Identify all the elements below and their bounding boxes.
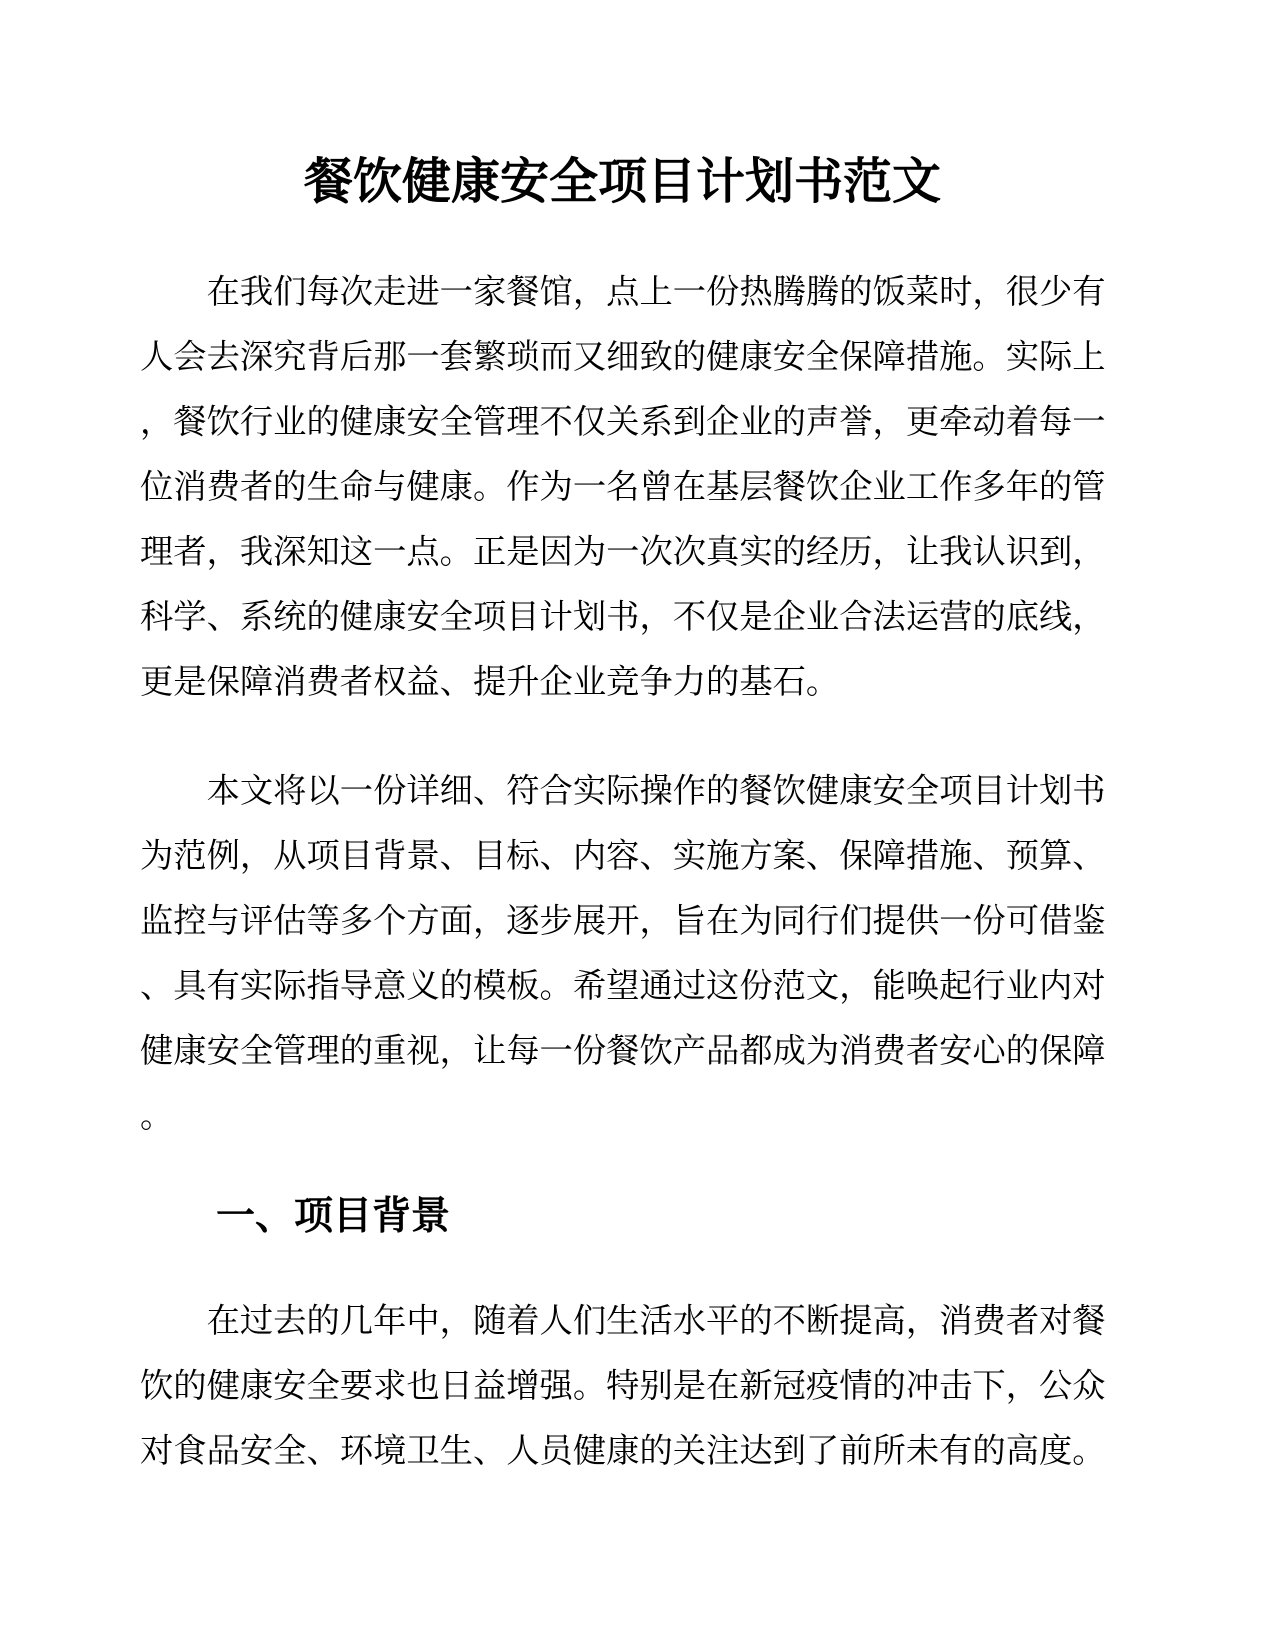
- document-page: 餐饮健康安全项目计划书范文在我们每次走进一家餐馆，点上一份热腾腾的饭菜时，很少有…: [0, 0, 1275, 1650]
- paragraph: 在过去的几年中，随着人们生活水平的不断提高，消费者对餐饮的健康安全要求也日益增强…: [140, 1289, 1105, 1484]
- text-line: 。: [140, 1084, 1105, 1149]
- text-line: 饮的健康安全要求也日益增强。特别是在新冠疫情的冲击下，公众: [140, 1354, 1105, 1419]
- document-content: 餐饮健康安全项目计划书范文在我们每次走进一家餐馆，点上一份热腾腾的饭菜时，很少有…: [140, 152, 1105, 1484]
- text-line: 在我们每次走进一家餐馆，点上一份热腾腾的饭菜时，很少有: [140, 260, 1105, 325]
- text-line: 在过去的几年中，随着人们生活水平的不断提高，消费者对餐: [140, 1289, 1105, 1354]
- text-line: 科学、系统的健康安全项目计划书，不仅是企业合法运营的底线，: [140, 585, 1105, 650]
- text-line: 、具有实际指导意义的模板。希望通过这份范文，能唤起行业内对: [140, 954, 1105, 1019]
- paragraph: 本文将以一份详细、符合实际操作的餐饮健康安全项目计划书为范例，从项目背景、目标、…: [140, 759, 1105, 1149]
- text-line: 健康安全管理的重视，让每一份餐饮产品都成为消费者安心的保障: [140, 1019, 1105, 1084]
- text-line: 对食品安全、环境卫生、人员健康的关注达到了前所未有的高度。: [140, 1419, 1105, 1484]
- text-line: 监控与评估等多个方面，逐步展开，旨在为同行们提供一份可借鉴: [140, 889, 1105, 954]
- text-line: 人会去深究背后那一套繁琐而又细致的健康安全保障措施。实际上: [140, 325, 1105, 390]
- text-line: 理者，我深知这一点。正是因为一次次真实的经历，让我认识到，: [140, 520, 1105, 585]
- text-line: 更是保障消费者权益、提升企业竞争力的基石。: [140, 650, 1105, 715]
- text-line: 位消费者的生命与健康。作为一名曾在基层餐饮企业工作多年的管: [140, 455, 1105, 520]
- text-line: ，餐饮行业的健康安全管理不仅关系到企业的声誉，更牵动着每一: [140, 390, 1105, 455]
- section-heading: 一、项目背景: [140, 1193, 1105, 1241]
- text-line: 为范例，从项目背景、目标、内容、实施方案、保障措施、预算、: [140, 824, 1105, 889]
- document-title: 餐饮健康安全项目计划书范文: [140, 152, 1105, 212]
- text-line: 本文将以一份详细、符合实际操作的餐饮健康安全项目计划书: [140, 759, 1105, 824]
- paragraph: 在我们每次走进一家餐馆，点上一份热腾腾的饭菜时，很少有人会去深究背后那一套繁琐而…: [140, 260, 1105, 715]
